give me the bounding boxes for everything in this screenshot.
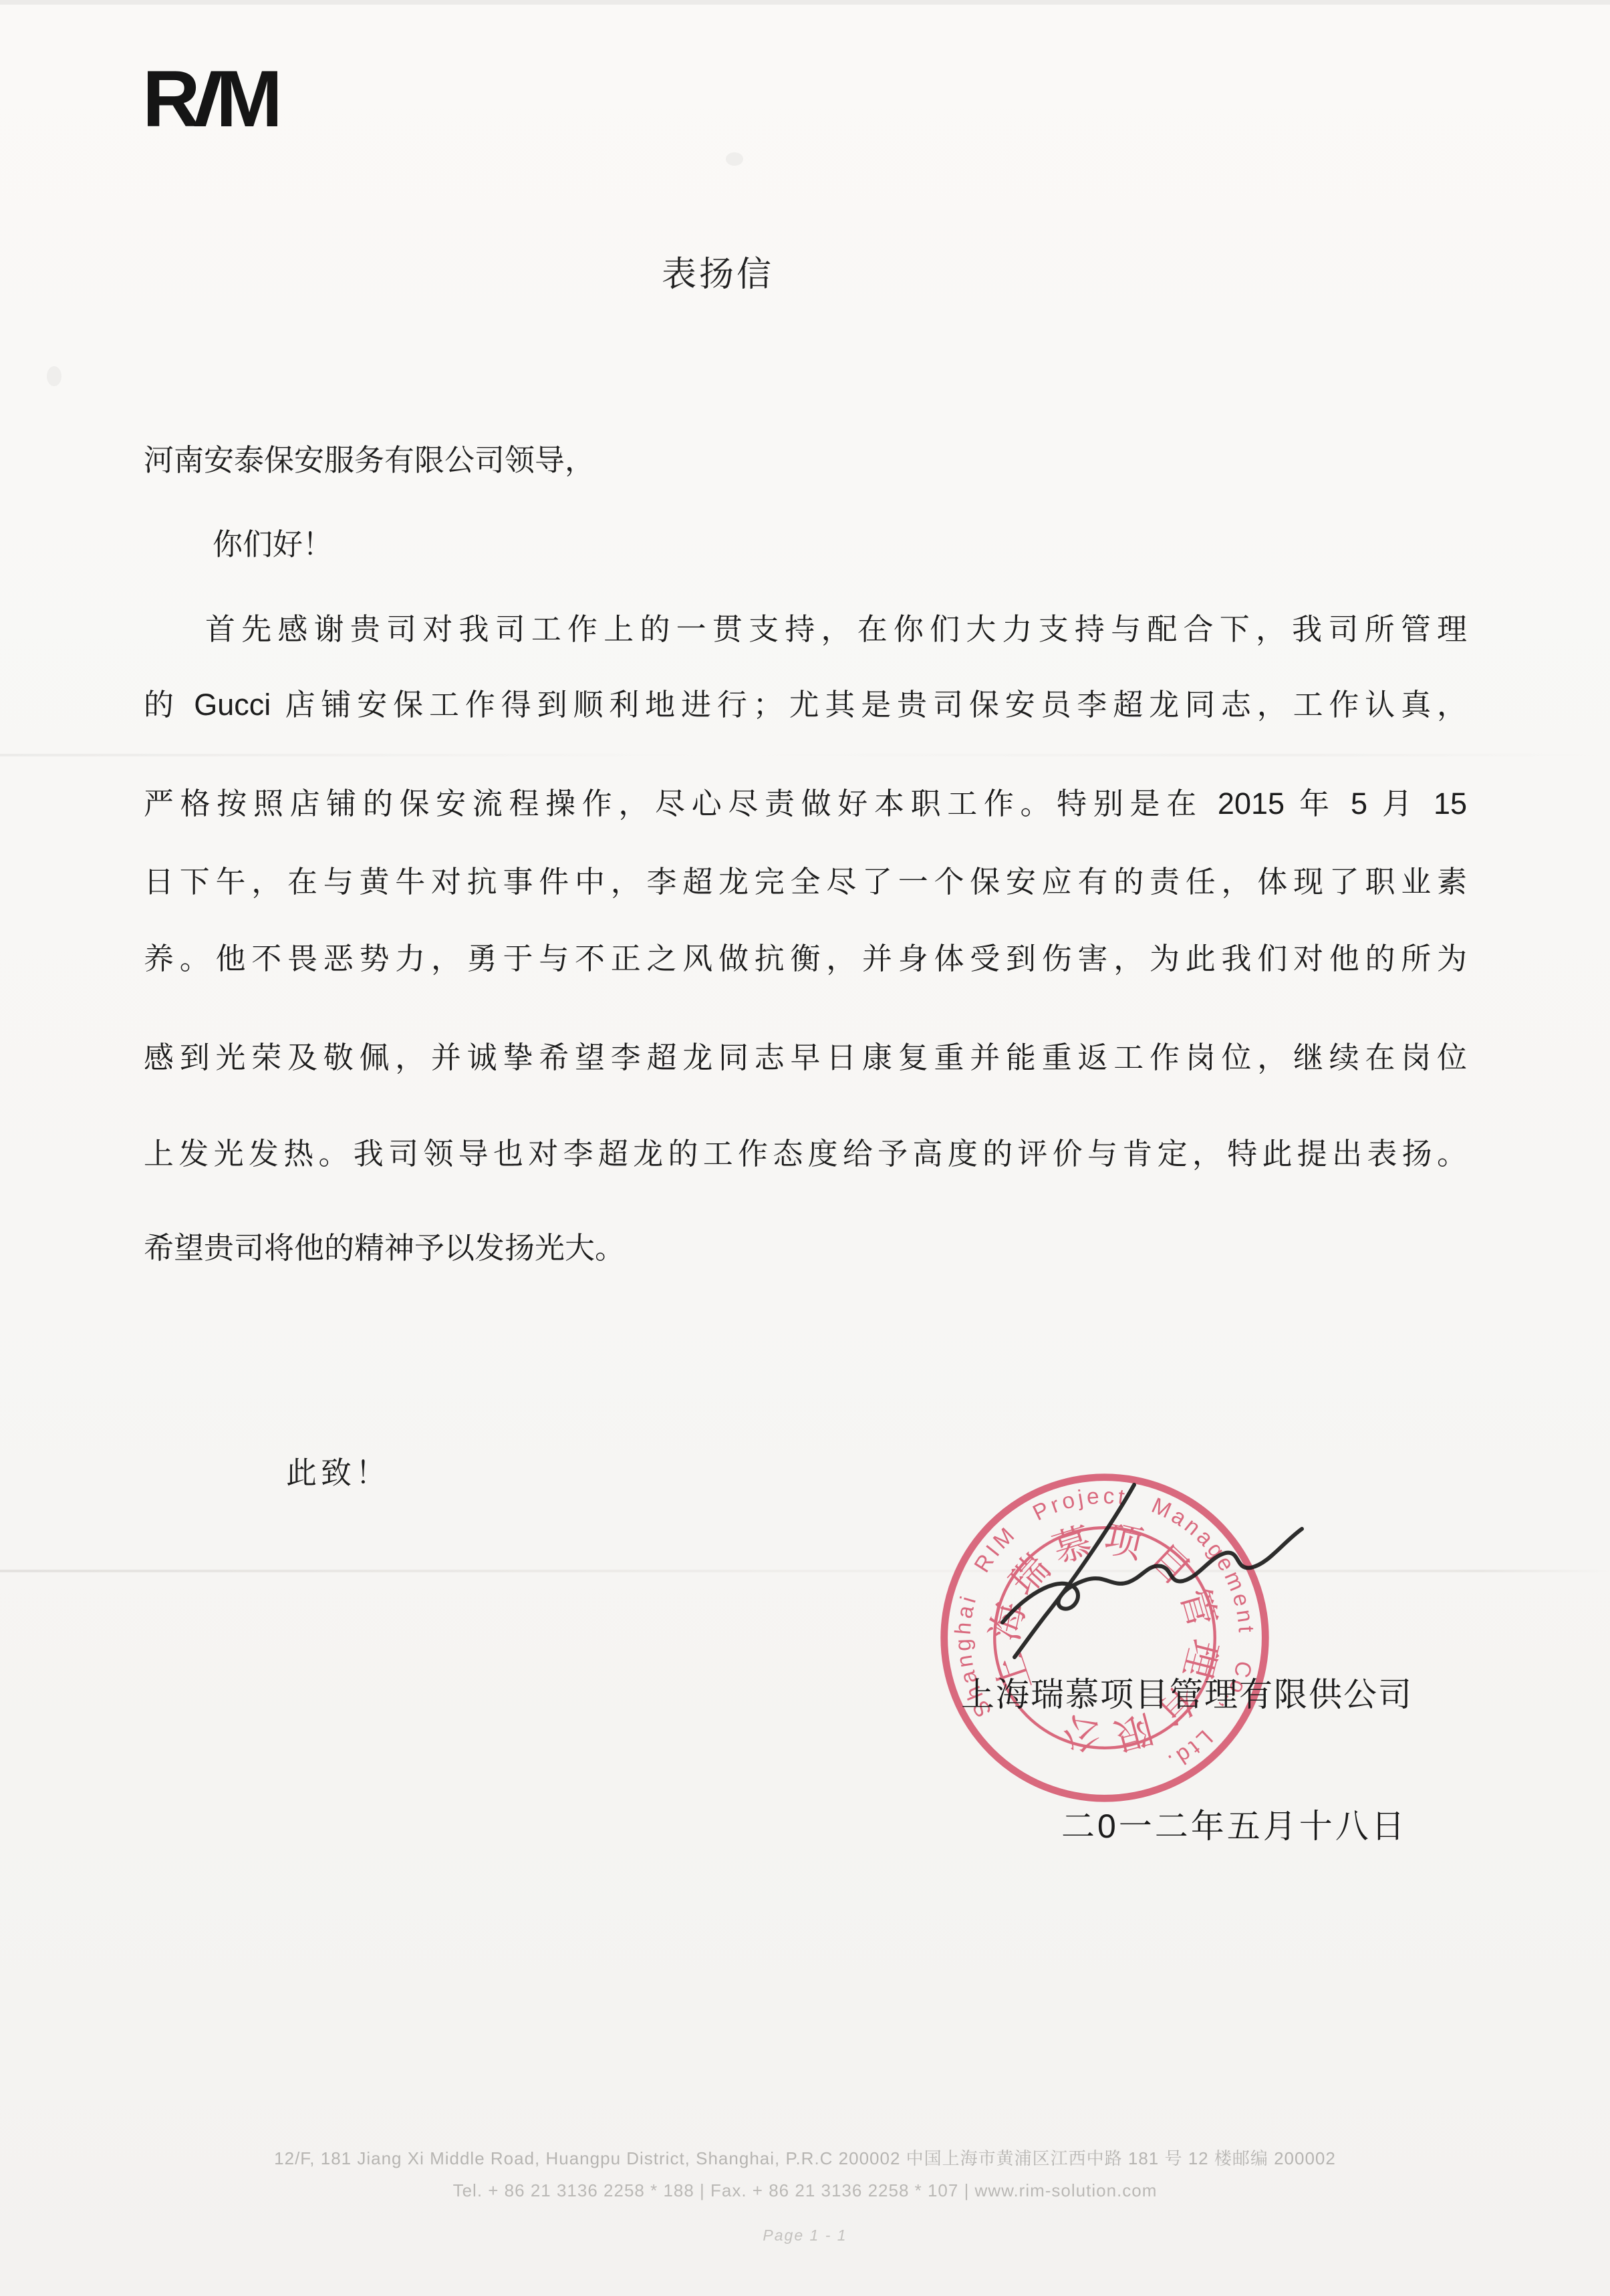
greeting-line: 你们好！ [213,520,333,563]
letter-title: 表扬信 [662,246,774,296]
body-line: 首先感谢贵司对我司工作上的一贯支持，在你们大力支持与配合下，我司所管理 [144,605,1467,648]
scan-edge-artifact [0,0,1610,5]
body-line: 养。他不畏恶势力，勇于与不正之风做抗衡，并身体受到伤害，为此我们对他的所为 [144,934,1467,978]
body-line: 的 Gucci 店铺安保工作得到顺利地进行；尤其是贵司保安员李超龙同志，工作认真… [144,680,1467,724]
footer-contact: Tel. + 86 21 3136 2258 * 188 | Fax. + 86… [0,2180,1610,2201]
fold-crease-lower [0,1570,1610,1572]
letter-page: RIM 表扬信 河南安泰保安服务有限公司领导， 你们好！ 首先感谢贵司对我司工作… [0,0,1610,2296]
closing-line: 此致！ [286,1449,390,1493]
rim-logo: RIM [142,59,281,139]
body-line: 希望贵司将他的精神予以发扬光大。 [144,1224,1467,1267]
letter-date: 二0一二年五月十八日 [1061,1800,1407,1848]
scan-smudge [47,366,61,386]
body-line: 上发光发热。我司领导也对李超龙的工作态度给予高度的评价与肯定，特此提出表扬。 [144,1129,1467,1173]
handwritten-signature [997,1482,1318,1663]
fold-crease-upper [0,754,1610,756]
body-line: 日下午，在与黄牛对抗事件中，李超龙完全尽了一个保安应有的责任，体现了职业素 [144,857,1467,901]
signature-stroke [1002,1529,1302,1622]
footer-address: 12/F, 181 Jiang Xi Middle Road, Huangpu … [0,2145,1610,2170]
body-line: 严格按照店铺的保安流程操作，尽心尽责做好本职工作。特别是在 2015 年 5 月… [144,779,1467,823]
footer-page-number: Page 1 - 1 [0,2227,1610,2245]
scan-smudge [726,152,743,166]
company-name-typed: 上海瑞慕项目管理有限供公司 [961,1668,1413,1716]
body-line: 感到光荣及敬佩，并诚挚希望李超龙同志早日康复重并能重返工作岗位，继续在岗位 [144,1033,1467,1077]
salutation-line: 河南安泰保安服务有限公司领导， [144,436,595,479]
signature-stroke [1015,1485,1134,1657]
